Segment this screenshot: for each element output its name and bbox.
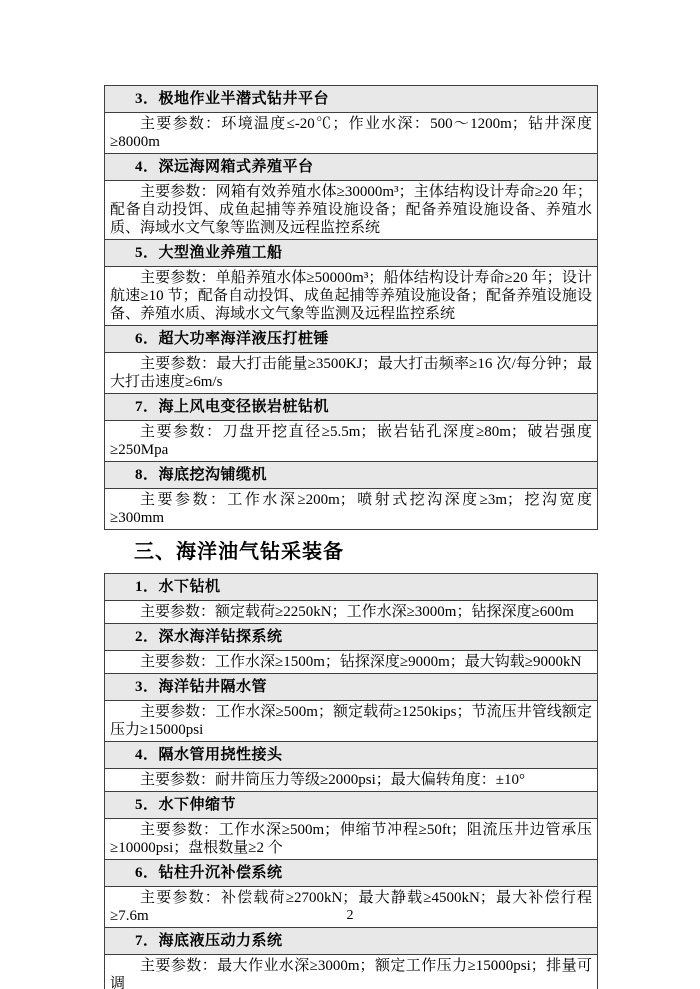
table-row: 主要参数：工作水深≥200m；喷射式挖沟深度≥3m；挖沟宽度≥300mm [105,489,598,530]
table-row: 7．海底液压动力系统 [105,928,598,955]
table-row: 1．水下钻机 [105,574,598,601]
table-row: 主要参数：环境温度≤-20℃；作业水深：500～1200m；钻井深度≥8000m [105,113,598,154]
item-title: 2．深水海洋钻探系统 [105,624,598,651]
table-row: 2．深水海洋钻探系统 [105,624,598,651]
document-content: 3．极地作业半潜式钻井平台主要参数：环境温度≤-20℃；作业水深：500～120… [104,85,598,989]
item-parameters: 主要参数：环境温度≤-20℃；作业水深：500～1200m；钻井深度≥8000m [105,113,598,154]
item-parameters: 主要参数：工作水深≥500m；伸缩节冲程≥50ft；阻流压井边管承压≥10000… [105,819,598,860]
item-title: 3．海洋钻井隔水管 [105,674,598,701]
item-parameters: 主要参数：网箱有效养殖水体≥30000m³；主体结构设计寿命≥20 年；配备自动… [105,181,598,240]
table-row: 3．海洋钻井隔水管 [105,674,598,701]
item-parameters: 主要参数：刀盘开挖直径≥5.5m；嵌岩钻孔深度≥80m；破岩强度≥250Mpa [105,421,598,462]
item-title: 7．海底液压动力系统 [105,928,598,955]
page-number: 2 [0,908,700,924]
table-row: 4．深远海网箱式养殖平台 [105,154,598,181]
table-row: 主要参数：网箱有效养殖水体≥30000m³；主体结构设计寿命≥20 年；配备自动… [105,181,598,240]
table-row: 3．极地作业半潜式钻井平台 [105,86,598,113]
table-row: 主要参数：最大打击能量≥3500KJ；最大打击频率≥16 次/每分钟；最大打击速… [105,353,598,394]
table-row: 主要参数：工作水深≥500m；伸缩节冲程≥50ft；阻流压井边管承压≥10000… [105,819,598,860]
section-heading: 三、海洋油气钻采装备 [104,539,598,565]
item-title: 6．钻柱升沉补偿系统 [105,860,598,887]
item-title: 5．水下伸缩节 [105,792,598,819]
table-row: 4．隔水管用挠性接头 [105,742,598,769]
table-row: 6．钻柱升沉补偿系统 [105,860,598,887]
item-title: 5．大型渔业养殖工船 [105,240,598,267]
item-title: 4．深远海网箱式养殖平台 [105,154,598,181]
item-title: 7．海上风电变径嵌岩桩钻机 [105,394,598,421]
item-parameters: 主要参数：工作水深≥500m；额定载荷≥1250kips；节流压井管线额定压力≥… [105,701,598,742]
spec-table-marine-engineering-equipment: 3．极地作业半潜式钻井平台主要参数：环境温度≤-20℃；作业水深：500～120… [104,85,598,530]
item-parameters: 主要参数：耐井筒压力等级≥2000psi；最大偏转角度：±10° [105,769,598,792]
item-parameters: 主要参数：工作水深≥1500m；钻探深度≥9000m；最大钩载≥9000kN [105,651,598,674]
table-row: 5．水下伸缩节 [105,792,598,819]
item-parameters: 主要参数：工作水深≥200m；喷射式挖沟深度≥3m；挖沟宽度≥300mm [105,489,598,530]
document-page: 3．极地作业半潜式钻井平台主要参数：环境温度≤-20℃；作业水深：500～120… [0,0,700,989]
table-row: 5．大型渔业养殖工船 [105,240,598,267]
table-row: 主要参数：单船养殖水体≥50000m³；船体结构设计寿命≥20 年；设计航速≥1… [105,267,598,326]
table-row: 7．海上风电变径嵌岩桩钻机 [105,394,598,421]
item-parameters: 主要参数：最大打击能量≥3500KJ；最大打击频率≥16 次/每分钟；最大打击速… [105,353,598,394]
item-parameters: 主要参数：额定载荷≥2250kN；工作水深≥3000m；钻探深度≥600m [105,601,598,624]
table-row: 主要参数：工作水深≥1500m；钻探深度≥9000m；最大钩载≥9000kN [105,651,598,674]
table-row: 8．海底挖沟铺缆机 [105,462,598,489]
table-row: 主要参数：额定载荷≥2250kN；工作水深≥3000m；钻探深度≥600m [105,601,598,624]
item-parameters: 主要参数：最大作业水深≥3000m；额定工作压力≥15000psi；排量可调 [105,955,598,989]
table-row: 6．超大功率海洋液压打桩锤 [105,326,598,353]
spec-table-offshore-oil-gas-drilling-equipment: 1．水下钻机主要参数：额定载荷≥2250kN；工作水深≥3000m；钻探深度≥6… [104,573,598,989]
table-row: 主要参数：工作水深≥500m；额定载荷≥1250kips；节流压井管线额定压力≥… [105,701,598,742]
item-title: 6．超大功率海洋液压打桩锤 [105,326,598,353]
spec-table-body: 1．水下钻机主要参数：额定载荷≥2250kN；工作水深≥3000m；钻探深度≥6… [105,574,598,989]
table-row: 主要参数：耐井筒压力等级≥2000psi；最大偏转角度：±10° [105,769,598,792]
spec-table-body: 3．极地作业半潜式钻井平台主要参数：环境温度≤-20℃；作业水深：500～120… [105,86,598,530]
item-title: 4．隔水管用挠性接头 [105,742,598,769]
item-title: 1．水下钻机 [105,574,598,601]
table-row: 主要参数：刀盘开挖直径≥5.5m；嵌岩钻孔深度≥80m；破岩强度≥250Mpa [105,421,598,462]
item-parameters: 主要参数：单船养殖水体≥50000m³；船体结构设计寿命≥20 年；设计航速≥1… [105,267,598,326]
item-title: 8．海底挖沟铺缆机 [105,462,598,489]
table-row: 主要参数：最大作业水深≥3000m；额定工作压力≥15000psi；排量可调 [105,955,598,989]
item-title: 3．极地作业半潜式钻井平台 [105,86,598,113]
